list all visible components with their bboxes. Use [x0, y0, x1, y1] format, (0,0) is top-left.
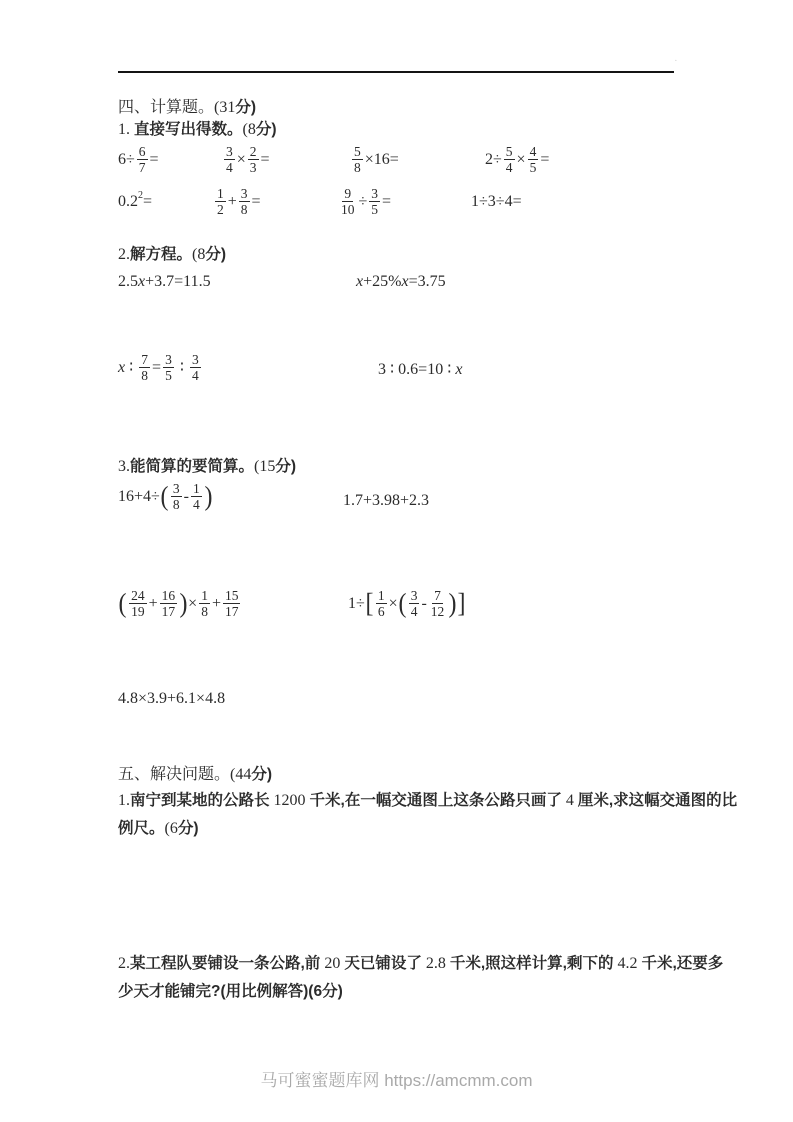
- section-solve-heading: 五、解决问题。(44分): [118, 764, 272, 786]
- problem2-line1: 2.某工程队要铺设一条公路,前 20 天已铺设了 2.8 千米,照这样计算,剩下…: [118, 953, 723, 975]
- q1-row1-expr-2: 34×23=: [222, 140, 270, 180]
- q3-eq-1: 16+4÷(38-14): [118, 477, 213, 517]
- site-watermark: 马可蜜蜜题库网 https://amcmm.com: [0, 1066, 793, 1091]
- q3-eq-3: (2419+1617)×18+1517: [118, 584, 242, 624]
- q1-row1-expr-4: 2÷54×45=: [485, 140, 549, 180]
- q1-heading: 1. 直接写出得数。(8分): [118, 119, 277, 141]
- header-rule: [118, 71, 674, 73]
- problem2-line2: 少天才能铺完?(用比例解答)(6分): [118, 981, 343, 1003]
- q3-heading: 3.能简算的要简算。(15分): [118, 456, 296, 478]
- q1-row2-expr-4: 1÷3÷4=: [471, 182, 522, 222]
- q1-row2-expr-2: 12+38=: [213, 182, 261, 222]
- q2-eq-2: x+25%x=3.75: [356, 262, 446, 302]
- test-paper-page: · 四、计算题。(31分) 1. 直接写出得数。(8分) 6÷67= 34×23…: [0, 0, 793, 1122]
- scan-artifact: ·: [674, 55, 678, 67]
- q2-eq-3: x ∶ 78=35 ∶ 34: [118, 348, 203, 388]
- q1-row2-expr-1: 0.22=: [118, 182, 152, 222]
- problem1-line1: 1.南宁到某地的公路长 1200 千米,在一幅交通图上这条公路只画了 4 厘米,…: [118, 790, 737, 812]
- q1-row2-expr-3: 910÷35=: [337, 182, 391, 222]
- q1-row1-expr-1: 6÷67=: [118, 140, 159, 180]
- section-calc-heading: 四、计算题。(31分): [118, 97, 256, 119]
- q3-eq-4: 1÷[16×(34-712)]: [348, 584, 466, 624]
- q2-eq-4: 3 ∶ 0.6=10 ∶ x: [378, 350, 462, 390]
- problem1-line2: 例尺。(6分): [118, 818, 199, 840]
- q3-eq-2: 1.7+3.98+2.3: [343, 481, 429, 521]
- q3-eq-5: 4.8×3.9+6.1×4.8: [118, 679, 225, 719]
- q1-row1-expr-3: 58×16=: [350, 140, 399, 180]
- q2-eq-1: 2.5x+3.7=11.5: [118, 262, 211, 302]
